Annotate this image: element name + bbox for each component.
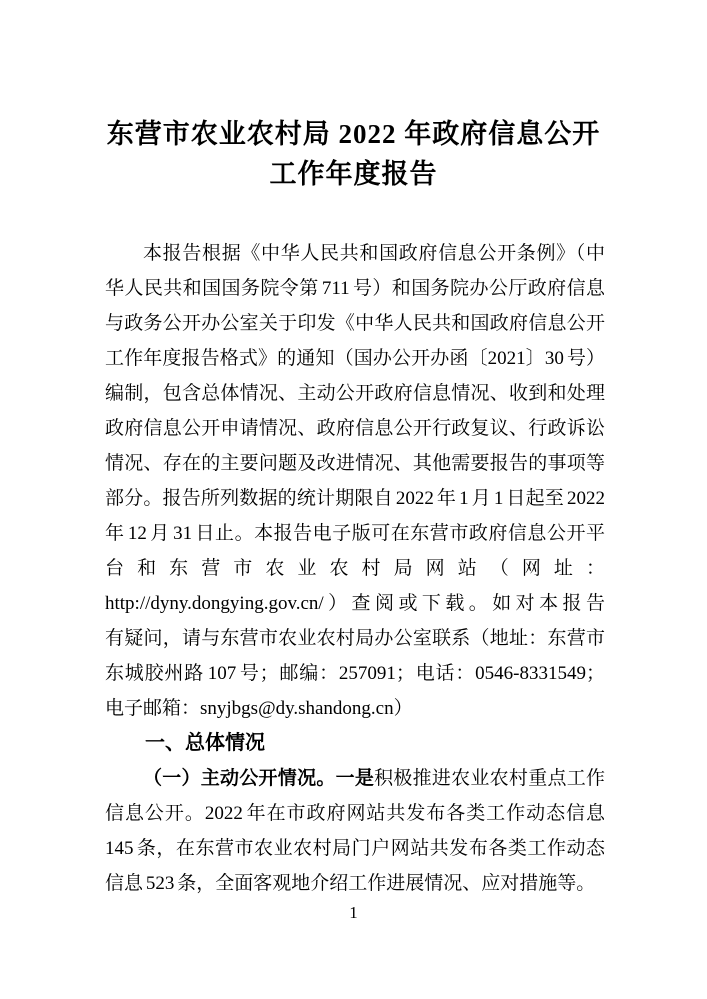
section-heading: 一、总体情况 — [105, 726, 605, 761]
para1-emphasis-bold: 一是 — [336, 768, 375, 789]
intro-line-email: 电子邮箱：snyjbgs@dy.shandong.cn） — [105, 691, 605, 726]
para1-line: 信息 523 条，全面客观地介绍工作进展情况、应对措施等。 — [105, 866, 605, 901]
intro-line: 与政务公开办公室关于印发《中华人民共和国政府信息公开 — [105, 306, 605, 341]
intro-line: 部分。报告所列数据的统计期限自 2022 年 1 月 1 日起至 2022 — [105, 481, 605, 516]
intro-line: 编制，包含总体情况、主动公开政府信息情况、收到和处理 — [105, 376, 605, 411]
document-page: 东营市农业农村局 2022 年政府信息公开 工作年度报告 本报告根据《中华人民共… — [0, 0, 707, 999]
document-title: 东营市农业农村局 2022 年政府信息公开 工作年度报告 — [0, 0, 707, 194]
para1-line: （一）主动公开情况。一是积极推进农业农村重点工作 — [105, 761, 605, 796]
page-number: 1 — [0, 902, 707, 924]
intro-line: 工作年度报告格式》的通知（国办公开办函〔2021〕30 号） — [105, 341, 605, 376]
para1-lead-bold: （一）主动公开情况。 — [143, 768, 336, 789]
para1-line: 信息公开。2022 年在市政府网站共发布各类工作动态信息 — [105, 796, 605, 831]
intro-line: 台和东营市农业农村局网站（网址： — [105, 551, 605, 586]
document-body: 本报告根据《中华人民共和国政府信息公开条例》（中 华人民共和国国务院令第 711… — [105, 236, 605, 901]
para1-line: 145 条，在东营市农业农村局门户网站共发布各类工作动态 — [105, 831, 605, 866]
document-title-line-1: 东营市农业农村局 2022 年政府信息公开 — [0, 114, 707, 154]
intro-line: 政府信息公开申请情况、政府信息公开行政复议、行政诉讼 — [105, 411, 605, 446]
intro-line: 东城胶州路 107 号；邮编：257091；电话：0546-8331549； — [105, 656, 605, 691]
intro-line: 情况、存在的主要问题及改进情况、其他需要报告的事项等 — [105, 446, 605, 481]
para1-line1-rest: 积极推进农业农村重点工作 — [374, 768, 605, 789]
intro-line: 年 12 月 31 日止。本报告电子版可在东营市政府信息公开平 — [105, 516, 605, 551]
intro-line: 华人民共和国国务院令第 711 号）和国务院办公厅政府信息 — [105, 271, 605, 306]
intro-line: 有疑问，请与东营市农业农村局办公室联系（地址：东营市 — [105, 621, 605, 656]
intro-line-url: http://dyny.dongying.gov.cn/）查阅或下载。如对本报告 — [105, 586, 605, 621]
document-title-line-2: 工作年度报告 — [0, 154, 707, 194]
intro-line: 本报告根据《中华人民共和国政府信息公开条例》（中 — [105, 236, 605, 271]
